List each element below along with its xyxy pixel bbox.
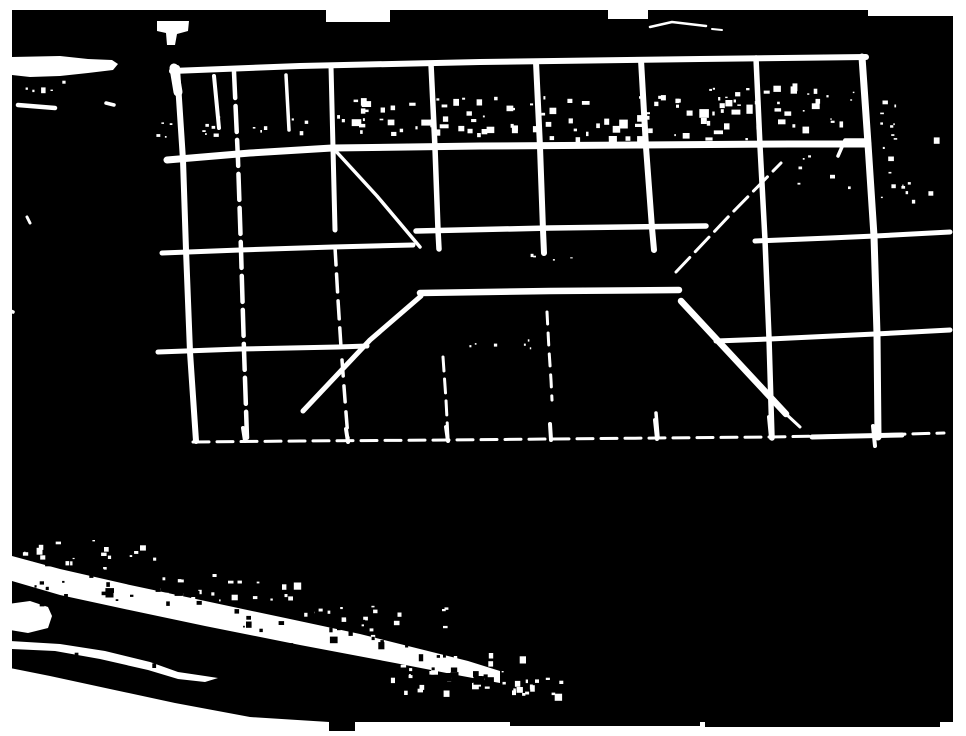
speckle [721, 109, 724, 113]
speckle [814, 89, 818, 94]
speckle [404, 691, 408, 695]
speckle [253, 596, 258, 599]
speckle [181, 578, 185, 579]
speckle [553, 259, 555, 261]
speckle [520, 656, 526, 663]
speckle [191, 597, 195, 602]
speckle [363, 118, 365, 121]
speckle [826, 95, 828, 97]
speckle [375, 622, 382, 626]
speckle [522, 693, 525, 696]
speckle [515, 681, 520, 687]
speckle [451, 668, 457, 673]
speckle [212, 126, 216, 129]
speckle [639, 96, 642, 99]
speckle [436, 98, 439, 100]
speckle [530, 103, 533, 105]
speckle [552, 693, 556, 696]
speckle [654, 102, 658, 106]
speckle [106, 582, 110, 587]
speckle [211, 592, 214, 595]
speckle [458, 126, 464, 131]
speckle [92, 540, 95, 541]
speckle [219, 599, 221, 601]
speckle [409, 103, 415, 106]
speckle [480, 658, 483, 660]
speckle [443, 626, 448, 628]
speckle [56, 542, 61, 545]
speckle [73, 600, 80, 604]
speckle [894, 105, 896, 108]
speckle [676, 105, 679, 108]
speckle [32, 90, 34, 92]
speckle [213, 574, 217, 577]
speckle [66, 561, 70, 565]
speckle [812, 103, 820, 109]
speckle [381, 627, 383, 629]
speckle [370, 631, 377, 635]
speckle [709, 89, 712, 91]
speckle [143, 565, 149, 570]
speckle [352, 119, 362, 126]
speckle [108, 556, 111, 559]
speckle [483, 116, 485, 118]
speckle [543, 96, 545, 99]
speckle [371, 606, 374, 608]
wire-spike-7 [873, 426, 875, 446]
speckle [354, 100, 359, 103]
speckle [62, 81, 65, 84]
speckle [507, 106, 514, 112]
speckle [361, 108, 366, 113]
speckle [637, 136, 645, 145]
speckle [791, 86, 797, 93]
binarized-photo [0, 0, 966, 736]
speckle [101, 553, 107, 556]
speckle [432, 667, 435, 670]
speckle [289, 643, 294, 647]
speckle [502, 671, 504, 672]
speckle [462, 98, 465, 100]
speckle [596, 123, 600, 128]
speckle [401, 665, 406, 668]
speckle [282, 584, 286, 590]
speckle [257, 582, 260, 584]
speckle [530, 347, 531, 349]
speckle [259, 629, 262, 632]
speckle [848, 186, 851, 189]
speckle [576, 137, 581, 143]
speckle [676, 99, 681, 103]
speckle [134, 551, 138, 554]
speckle [46, 587, 49, 590]
speckle [383, 626, 387, 629]
speckle [229, 574, 233, 576]
speckle [746, 105, 752, 114]
photo-edge-notch-1 [608, 10, 648, 19]
speckle [687, 111, 693, 116]
speckle [535, 679, 539, 683]
speckle [130, 555, 133, 557]
speckle [40, 555, 45, 559]
speckle [373, 610, 377, 614]
speckle [197, 571, 203, 576]
speckle [853, 92, 855, 93]
speckle [784, 111, 791, 115]
speckle [569, 118, 573, 123]
speckle [337, 628, 341, 630]
speckle [415, 126, 417, 129]
speckle [894, 138, 898, 140]
speckle [41, 87, 46, 93]
speckle [30, 565, 36, 571]
speckle [574, 129, 577, 132]
wire-spike-3 [446, 427, 448, 441]
photo-edge-notch-0 [326, 10, 390, 22]
speckle [114, 649, 117, 652]
speckle [792, 124, 795, 127]
speckle [475, 343, 477, 345]
speckle [713, 88, 715, 90]
speckle [391, 106, 396, 111]
speckle [346, 616, 350, 619]
speckle [405, 655, 409, 662]
speckle [816, 99, 821, 104]
speckle [409, 674, 411, 677]
speckle [461, 661, 465, 665]
speckle [304, 613, 307, 617]
speckle [218, 116, 220, 118]
speckle [880, 122, 883, 124]
speckle [330, 637, 338, 644]
speckle [106, 590, 114, 598]
wire-h5-solid-seg [812, 435, 902, 437]
speckle [372, 637, 375, 640]
speckle [249, 642, 253, 645]
speckle [445, 607, 449, 609]
speckle [192, 576, 197, 581]
speckle [105, 662, 109, 664]
speckle [567, 99, 572, 103]
speckle [305, 121, 309, 124]
speckle [777, 102, 780, 105]
speckle [31, 562, 33, 564]
speckle [156, 586, 161, 592]
speckle [370, 628, 374, 631]
bottom-tab-2 [705, 722, 940, 727]
speckle [168, 576, 176, 581]
speckle [161, 122, 164, 124]
speckle [443, 652, 446, 658]
speckle [442, 105, 448, 108]
speckle [720, 103, 725, 108]
speckle [526, 680, 528, 684]
speckle [893, 123, 895, 125]
speckle [75, 653, 79, 657]
speckle [635, 124, 643, 127]
speckle [205, 124, 209, 127]
speckle [391, 132, 396, 136]
speckle [840, 121, 844, 127]
speckle [559, 681, 563, 684]
speckle [165, 136, 167, 138]
speckle [891, 134, 894, 136]
speckle [270, 599, 272, 601]
speckle [246, 622, 252, 628]
speckle [764, 91, 770, 94]
speckle [425, 653, 427, 655]
speckle [546, 122, 552, 127]
speckle [674, 134, 676, 136]
speckle [360, 620, 365, 624]
speckle [437, 655, 440, 658]
speckle [724, 123, 730, 129]
speckle [40, 600, 45, 606]
speckle [394, 621, 400, 625]
speckle [756, 126, 760, 130]
speckle [294, 583, 301, 590]
speckle [468, 129, 473, 134]
speckle [232, 595, 238, 601]
speckle [469, 345, 471, 347]
speckle [701, 118, 707, 124]
speckle [398, 613, 402, 617]
speckle [342, 119, 345, 122]
speckle [156, 134, 160, 137]
speckle [384, 610, 387, 612]
speckle [292, 118, 294, 120]
speckle [912, 200, 915, 204]
speckle [503, 682, 506, 685]
speckle [409, 668, 412, 671]
speckle [725, 97, 727, 98]
speckle [550, 108, 557, 114]
speckle [494, 97, 498, 101]
speckle [140, 545, 146, 550]
speckle [310, 611, 314, 617]
speckle [45, 560, 54, 566]
speckle [73, 558, 75, 559]
wire-margin-dash-2 [106, 103, 114, 105]
speckle [288, 596, 293, 600]
speckle [329, 628, 332, 633]
speckle [582, 101, 590, 105]
speckle [533, 256, 536, 258]
speckle [718, 97, 720, 101]
speckle [369, 620, 372, 622]
speckle [362, 101, 371, 107]
speckle [197, 601, 202, 605]
speckle [246, 616, 251, 620]
speckle [735, 92, 740, 96]
speckle [153, 656, 155, 658]
speckle [747, 110, 751, 112]
speckle [380, 119, 384, 121]
speckle [228, 581, 234, 584]
speckle [378, 642, 384, 649]
speckle [421, 120, 431, 126]
speckle [648, 128, 653, 133]
speckle [388, 120, 395, 126]
speckle [471, 119, 476, 122]
speckle [102, 569, 104, 572]
speckle [531, 254, 534, 257]
speckle [365, 110, 369, 113]
wire-slot-lower [420, 290, 679, 293]
speckle [732, 110, 741, 115]
speckle [555, 694, 562, 701]
speckle [362, 624, 364, 626]
speckle [533, 126, 539, 132]
speckle [166, 601, 170, 606]
speckle [202, 130, 205, 132]
speckle [528, 339, 530, 341]
speckle [153, 558, 156, 561]
speckle [482, 129, 488, 134]
speckle [725, 100, 732, 106]
speckle [850, 99, 852, 100]
wire-v1-top-bold [174, 68, 178, 92]
speckle [453, 99, 459, 106]
speckle [443, 116, 448, 121]
speckle [141, 653, 145, 657]
speckle [803, 127, 810, 134]
speckle [619, 120, 628, 129]
speckle [40, 581, 44, 584]
speckle [342, 617, 347, 622]
speckle [116, 599, 119, 601]
speckle [320, 613, 324, 615]
speckle [427, 645, 430, 649]
speckle [604, 119, 609, 125]
speckle [934, 137, 940, 143]
speckle [318, 633, 320, 636]
speckle [70, 561, 72, 565]
speckle [285, 594, 288, 597]
speckle [391, 678, 395, 683]
speckle [21, 567, 23, 569]
speckle [89, 575, 93, 578]
speckle [243, 626, 245, 628]
photo-edge-notch-2 [868, 10, 954, 16]
wire-spike-1 [243, 428, 245, 441]
speckle [808, 155, 811, 157]
speckle [451, 679, 454, 683]
wire-top-right-wisp-2 [712, 29, 722, 30]
speckle [267, 610, 269, 612]
speckle [488, 661, 493, 666]
speckle [104, 547, 109, 552]
speckle [229, 602, 233, 606]
speckle [192, 591, 200, 595]
speckle [340, 607, 343, 609]
speckle [542, 113, 546, 116]
bottom-tab-1 [510, 722, 700, 726]
speckle [147, 647, 149, 651]
speckle [888, 157, 894, 162]
speckle [902, 185, 903, 187]
speckle [485, 677, 494, 686]
speckle [699, 109, 709, 118]
speckle [880, 113, 884, 115]
speckle [707, 121, 710, 126]
speckle [683, 133, 690, 139]
speckle [798, 183, 801, 185]
speckle [883, 147, 885, 149]
speckle [512, 690, 516, 695]
speckle [152, 663, 156, 668]
margin-notch [329, 719, 355, 731]
speckle [170, 123, 173, 125]
speckle [755, 101, 758, 104]
speckle [119, 577, 122, 581]
speckle [613, 126, 621, 133]
speckle [714, 130, 723, 134]
speckle [179, 589, 183, 595]
speckle [264, 126, 267, 130]
wire-spike-6 [769, 417, 771, 438]
speckle [830, 175, 835, 179]
speckle [512, 125, 518, 133]
speckle [746, 88, 749, 90]
speckle [349, 630, 353, 636]
speckle [906, 191, 909, 194]
speckle [399, 677, 404, 680]
speckle [881, 197, 883, 198]
speckle [381, 108, 385, 113]
speckle [734, 100, 736, 103]
speckle [405, 645, 408, 648]
speckle [524, 344, 526, 346]
speckle [473, 671, 479, 677]
speckle [831, 121, 835, 123]
speckle [419, 654, 423, 661]
speckle [883, 101, 888, 105]
speckle [378, 608, 384, 612]
speckle [260, 130, 262, 133]
speckle [890, 125, 893, 128]
speckle [444, 691, 450, 697]
speckle [130, 595, 133, 597]
speckle [799, 167, 803, 170]
speckle [64, 594, 68, 600]
speckle [609, 136, 613, 139]
speckle [705, 137, 712, 140]
speckle [39, 545, 44, 550]
wire-spike-5 [655, 420, 657, 439]
wire-margin-dash-1 [18, 105, 55, 108]
speckle [360, 130, 363, 134]
speckle [162, 568, 166, 570]
speckle [586, 132, 589, 136]
speckle [319, 609, 323, 612]
speckle [803, 158, 805, 160]
speckle [384, 634, 389, 640]
speckle [163, 577, 166, 580]
speckle [570, 257, 573, 258]
speckle [517, 688, 520, 692]
speckle [443, 673, 452, 682]
speckle [807, 93, 809, 95]
speckle [107, 568, 110, 573]
speckle [487, 127, 495, 133]
speckle [175, 582, 184, 588]
speckle [494, 344, 497, 347]
speckle [467, 111, 472, 115]
speckle [400, 129, 403, 133]
speckle [130, 652, 133, 656]
speckle [440, 124, 449, 128]
